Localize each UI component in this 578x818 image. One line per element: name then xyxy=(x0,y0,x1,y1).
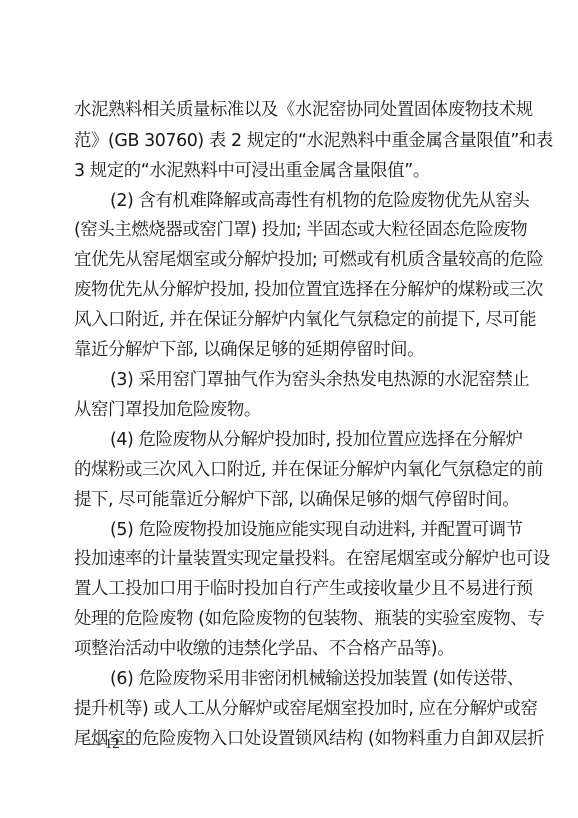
text-line: 处理的危险废物 (如危险废物的包装物、瓶装的实验室废物、专 xyxy=(74,608,506,630)
text-line: 范》(GB 30760) 表 2 规定的“水泥熟料中重金属含量限值”和表 xyxy=(74,130,506,152)
text-line: 风入口附近, 并在保证分解炉内氧化气氛稳定的前提下, 尽可能 xyxy=(74,309,506,331)
paragraph-first-line: (6) 危险废物采用非密闭机械输送投加装置 (如传送带、 xyxy=(110,668,506,690)
text-line: 3 规定的“水泥熟料中可浸出重金属含量限值”。 xyxy=(74,160,506,182)
text-line: 从窑门罩投加危险废物。 xyxy=(74,399,506,421)
text-line: 提升机等) 或人工从分解炉或窑尾烟室投加时, 应在分解炉或窑 xyxy=(74,698,506,720)
text-line: 项整治活动中收缴的违禁化学品、不合格产品等)。 xyxy=(74,638,506,660)
page-number: — 12 — xyxy=(86,736,139,753)
text-line: 提下, 尽可能靠近分解炉下部, 以确保足够的烟气停留时间。 xyxy=(74,489,506,511)
text-line: 靠近分解炉下部, 以确保足够的延期停留时间。 xyxy=(74,339,506,361)
text-line: (窑头主燃烧器或窑门罩) 投加; 半固态或大粒径固态危险废物 xyxy=(74,219,506,241)
paragraph-first-line: (4) 危险废物从分解炉投加时, 投加位置应选择在分解炉 xyxy=(110,429,506,451)
text-line: 水泥熟料相关质量标准以及《水泥窑协同处置固体废物技术规 xyxy=(74,99,506,121)
text-line: 的煤粉或三次风入口附近, 并在保证分解炉内氧化气氛稳定的前 xyxy=(74,459,506,481)
text-line: 宜优先从窑尾烟室或分解炉投加; 可燃或有机质含量较高的危险 xyxy=(74,249,506,271)
paragraph-first-line: (3) 采用窑门罩抽气作为窑头余热发电热源的水泥窑禁止 xyxy=(110,369,506,391)
paragraph-first-line: (2) 含有机难降解或高毒性有机物的危险废物优先从窑头 xyxy=(110,190,506,212)
paragraph-first-line: (5) 危险废物投加设施应能实现自动进料, 并配置可调节 xyxy=(110,519,506,541)
text-line: 投加速率的计量装置实现定量投料。在窑尾烟室或分解炉也可设 xyxy=(74,548,506,570)
text-line: 置人工投加口用于临时投加自行产生或接收量少且不易进行预 xyxy=(74,578,506,600)
document-page: 水泥熟料相关质量标准以及《水泥窑协同处置固体废物技术规范》(GB 30760) … xyxy=(0,0,578,818)
text-line: 废物优先从分解炉投加, 投加位置宜选择在分解炉的煤粉或三次 xyxy=(74,279,506,301)
